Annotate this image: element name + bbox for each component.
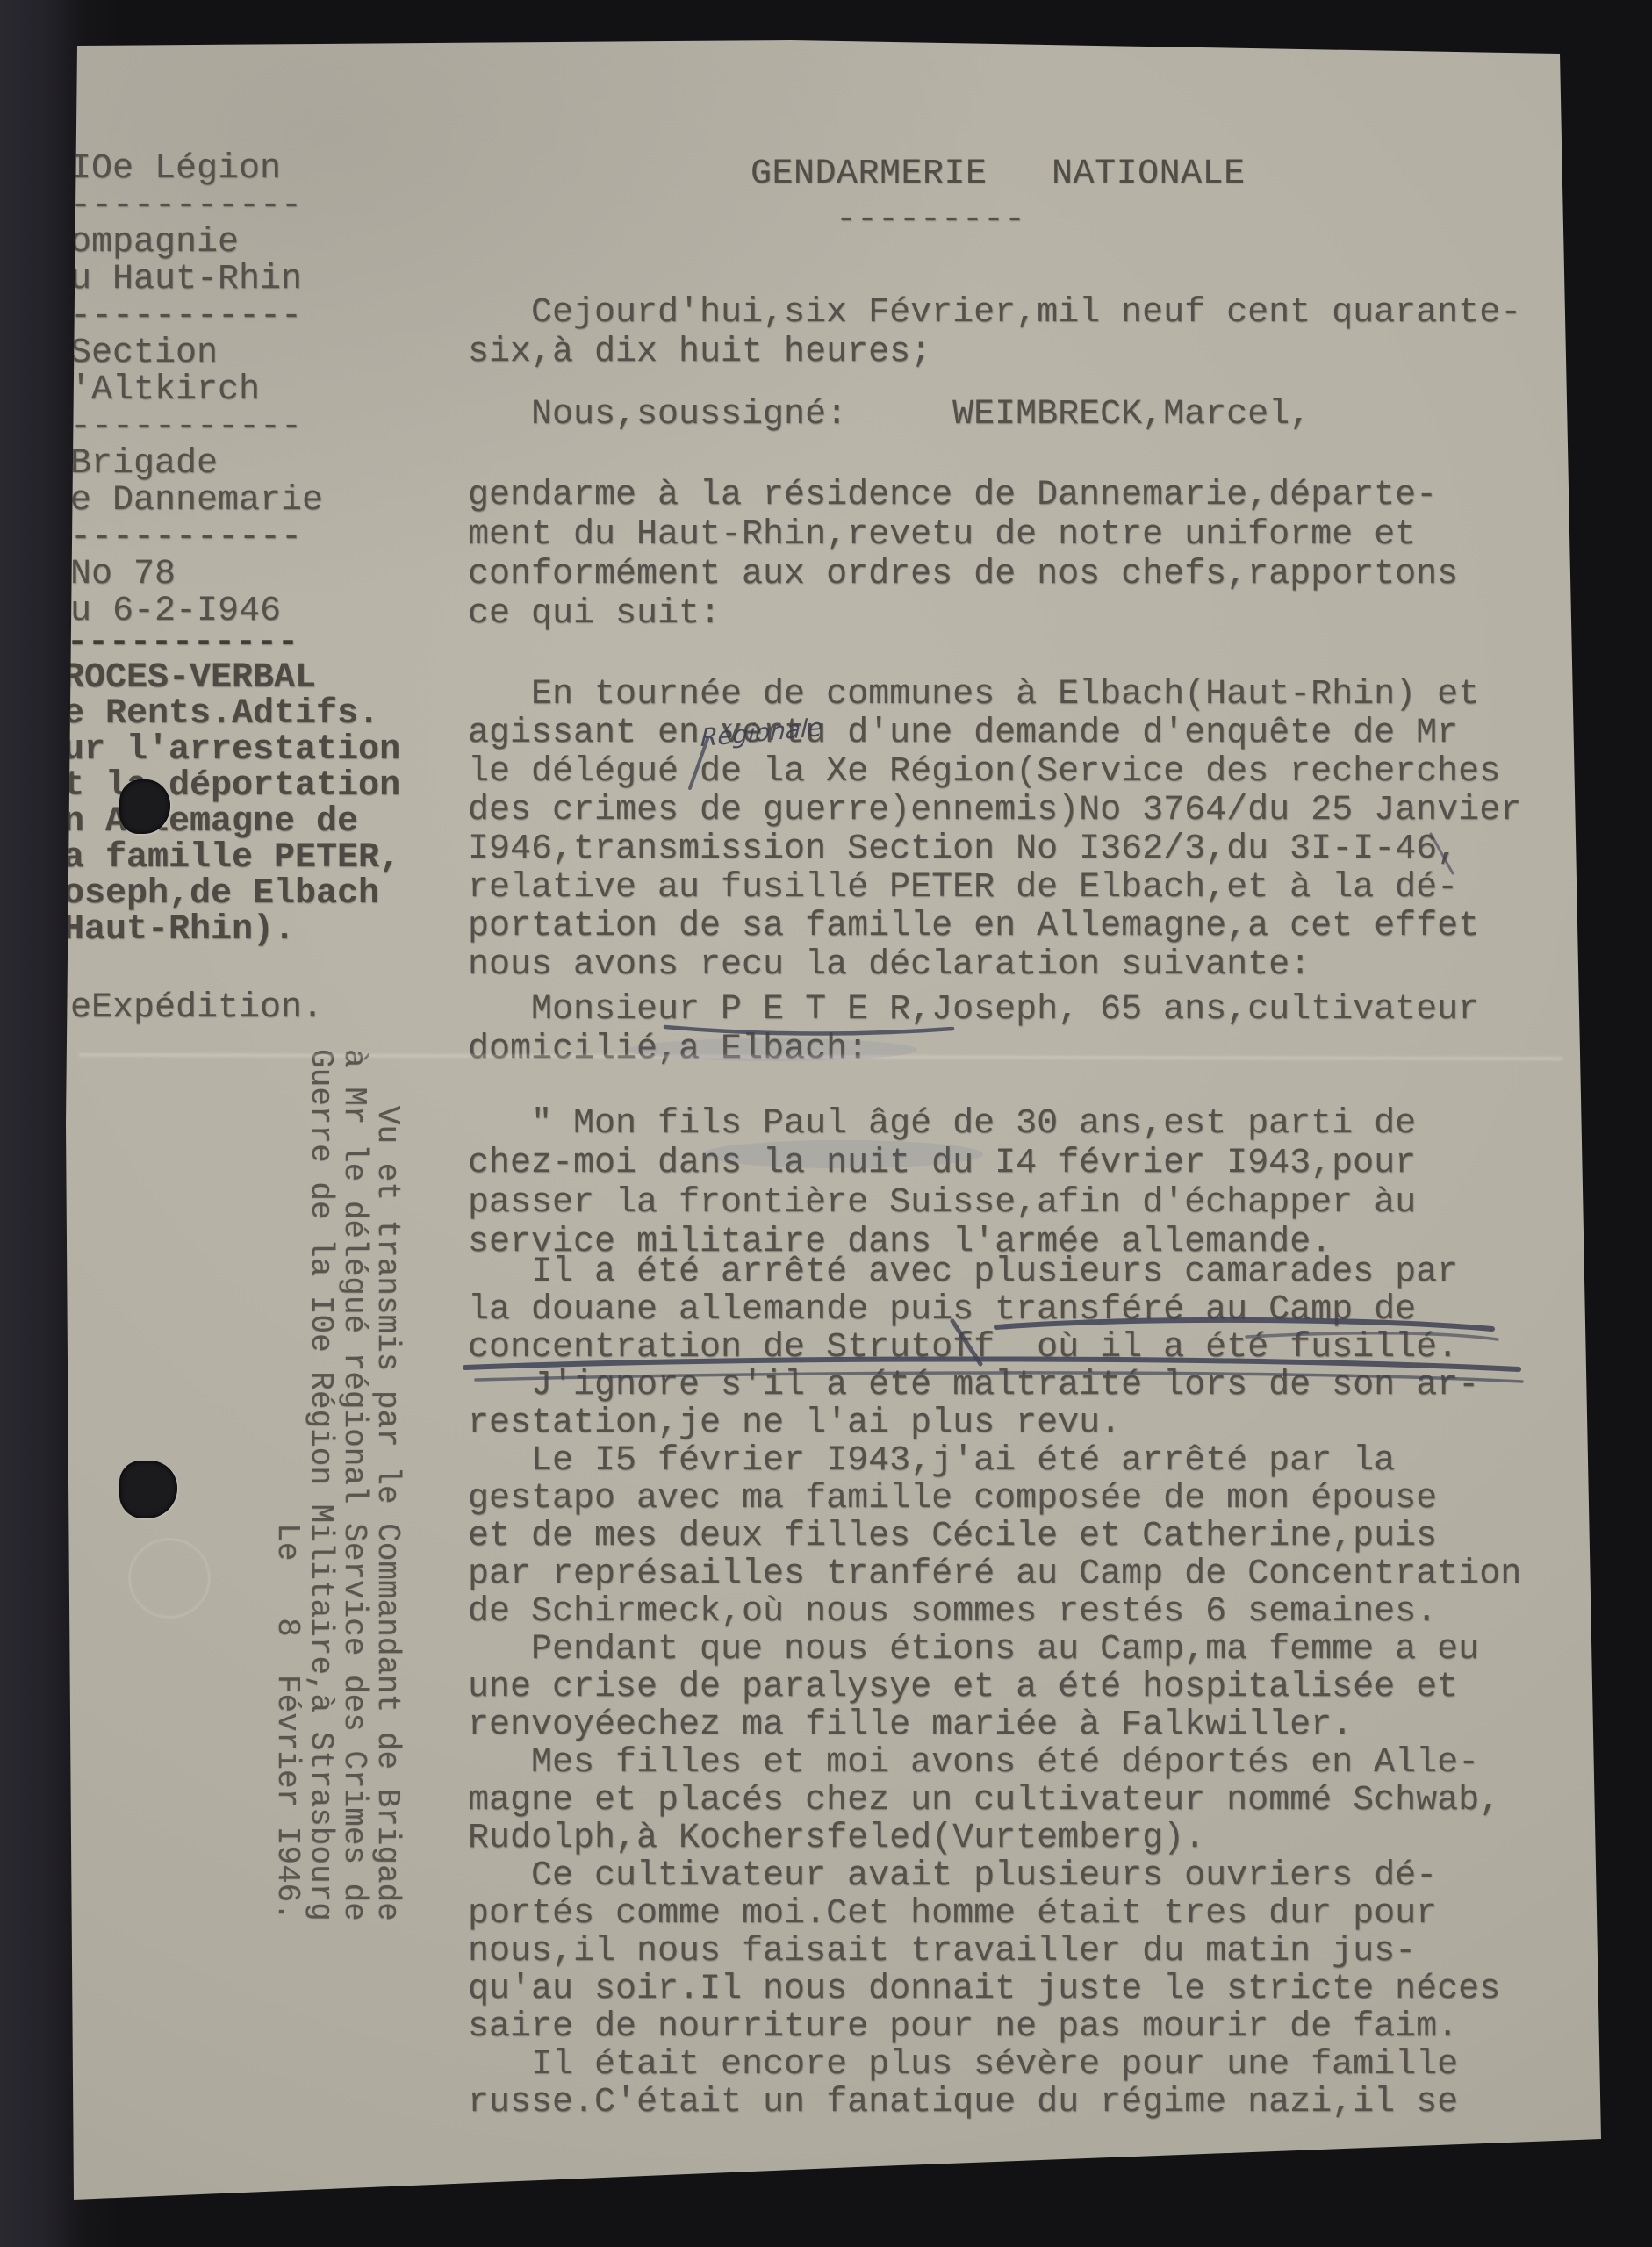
heavy-dash-divider: ------------ <box>46 623 298 663</box>
marginal-transmission-note: Vu et transmis par le Commandant de Brig… <box>263 1049 404 2155</box>
proces-verbal-heading: PROCES-VERBAL de Rents.Adtifs. sur l'arr… <box>42 660 400 948</box>
unit-heading: IOe Légion ------------ Compagnie du Hau… <box>49 151 323 630</box>
page-title: GENDARMERIE NATIONALE <box>751 154 1246 194</box>
paragraph-declaration-1: " Mon fils Paul âgé de 30 ans,est parti … <box>468 1104 1416 1262</box>
paragraph-signatory: Nous,soussigné: WEIMBRECK,Marcel, <box>468 395 1311 434</box>
paragraph-date: Cejourd'hui,six Février,mil neuf cent qu… <box>468 293 1521 372</box>
paragraph-officer: gendarme à la résidence de Dannemarie,dé… <box>468 476 1458 634</box>
document-page: IOe Légion ------------ Compagnie du Hau… <box>0 0 1652 2247</box>
punch-hole <box>119 1461 177 1518</box>
title-underline: --------- <box>836 200 1025 240</box>
paragraph-declaration-2: Il a été arrêté avec plusieurs camarades… <box>468 1253 1521 2121</box>
embossed-ring <box>128 1538 211 1619</box>
paragraph-mission: En tournée de communes à Elbach(Haut-Rhi… <box>468 676 1521 985</box>
marginal-transmission-text: Vu et transmis par le Commandant de Brig… <box>270 1049 404 2190</box>
expedition-note: IeExpédition. <box>49 988 323 1028</box>
photo-background: IOe Légion ------------ Compagnie du Hau… <box>0 0 1652 2247</box>
